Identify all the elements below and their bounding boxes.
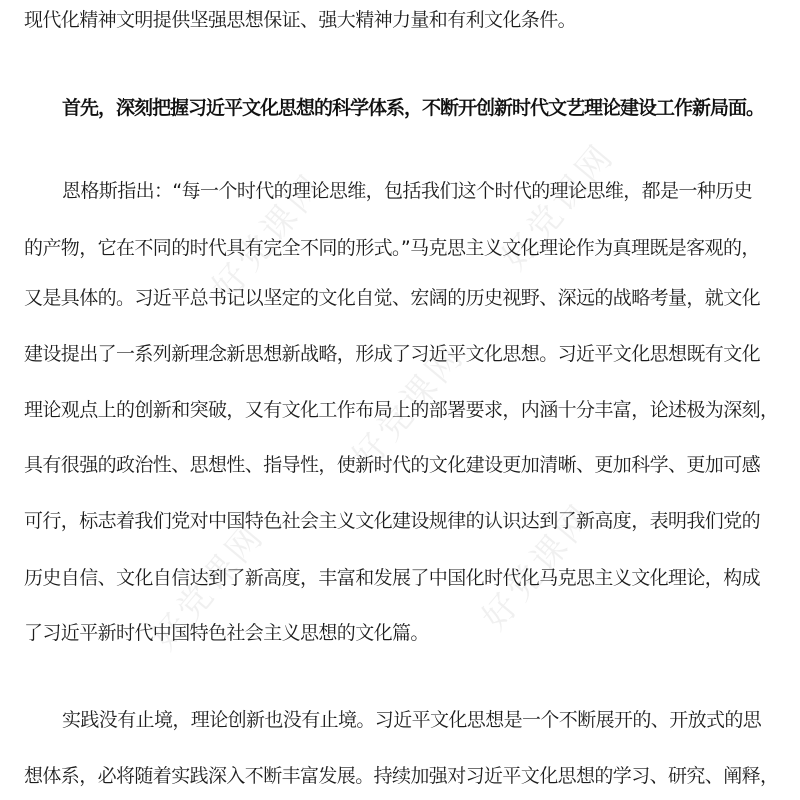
paragraph-line: 可行，标志着我们党对中国特色社会主义文化建设规律的认识达到了新高度，表明我们党的 bbox=[24, 509, 776, 533]
paragraph-line: 实践没有止境，理论创新也没有止境。习近平文化思想是一个不断展开的、开放式的思 bbox=[62, 708, 776, 732]
paragraph-line: 历史自信、文化自信达到了新高度，丰富和发展了中国化时代化马克思主义文化理论，构成 bbox=[24, 566, 776, 590]
paragraph-line: 理论观点上的创新和突破，又有文化工作布局上的部署要求，内涵十分丰富，论述极为深刻… bbox=[24, 398, 776, 422]
document-page: 好党课网 好党课网 好党课网 好党课网 好党课网 现代化精神文明提供坚强思想保证… bbox=[0, 0, 800, 800]
paragraph-line: 具有很强的政治性、思想性、指导性，使新时代的文化建设更加清晰、更加科学、更加可感 bbox=[24, 453, 776, 477]
paragraph-line: 建设提出了一系列新理念新思想新战略，形成了习近平文化思想。习近平文化思想既有文化 bbox=[24, 342, 776, 366]
paragraph-line: 了习近平新时代中国特色社会主义思想的文化篇。 bbox=[24, 621, 776, 645]
paragraph-line: 又是具体的。习近平总书记以坚定的文化自觉、宏阔的历史视野、深远的战略考量，就文化 bbox=[24, 286, 776, 310]
section-heading: 首先，深刻把握习近平文化思想的科学体系，不断开创新时代文艺理论建设工作新局面。 bbox=[62, 96, 782, 120]
paragraph-line: 的产物，它在不同的时代具有完全不同的形式。”马克思主义文化理论作为真理既是客观的… bbox=[24, 236, 776, 260]
paragraph-line: 想体系，必将随着实践深入不断丰富发展。持续加强对习近平文化思想的学习、研究、阐释… bbox=[24, 764, 776, 788]
paragraph-line: 现代化精神文明提供坚强思想保证、强大精神力量和有利文化条件。 bbox=[24, 8, 776, 32]
paragraph-line: 恩格斯指出：“每一个时代的理论思维，包括我们这个时代的理论思维，都是一种历史 bbox=[62, 179, 776, 203]
